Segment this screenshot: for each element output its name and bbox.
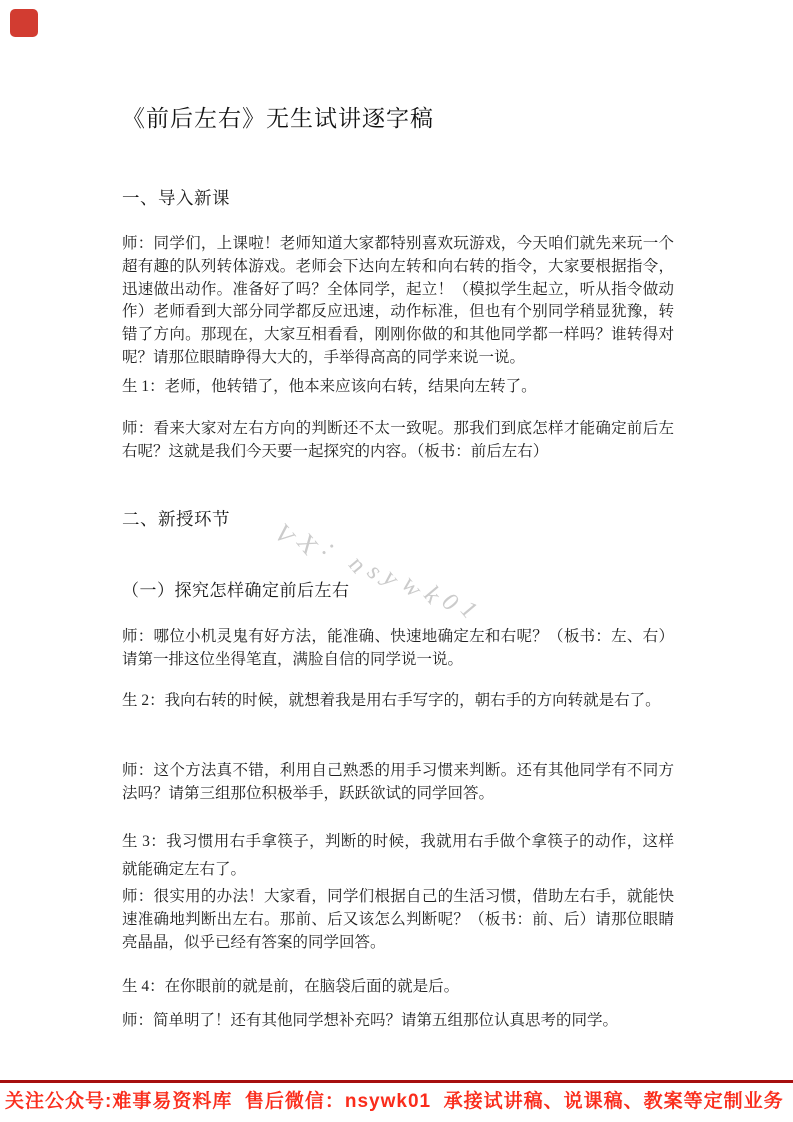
document-page: 《前后左右》无生试讲逐字稿 一、导入新课 师：同学们，上课啦！老师知道大家都特别… [0,0,793,1122]
teacher-line: 师：简单明了！还有其他同学想补充吗？请第五组那位认真思考的同学。 [122,1010,674,1033]
footer-promo-banner: 关注公众号:难事易资料库 售后微信：nsywk01 承接试讲稿、说课稿、教案等定… [5,1088,790,1116]
section-heading-2: 二、新授环节 [122,506,674,531]
footer-divider-bar [0,1080,793,1083]
student-line: 生 4：在你眼前的就是前，在脑袋后面的就是后。 [122,976,674,999]
app-logo-square-icon [10,9,38,37]
document-title: 《前后左右》无生试讲逐字稿 [122,100,674,133]
teacher-line: 师：很实用的办法！大家看，同学们根据自己的生活习惯，借助左右手，就能快速准确地判… [122,886,674,954]
student-line: 生 3：我习惯用右手拿筷子，判断的时候，我就用右手做个拿筷子的动作，这样就能确定… [122,828,674,884]
teacher-line: 师：同学们，上课啦！老师知道大家都特别喜欢玩游戏，今天咱们就先来玩一个超有趣的队… [122,233,674,370]
student-line: 生 2：我向右转的时候，就想着我是用右手写字的，朝右手的方向转就是右了。 [122,690,674,713]
teacher-line: 师：这个方法真不错，利用自己熟悉的用手习惯来判断。还有其他同学有不同方法吗？请第… [122,760,674,806]
watermark: VX：nsywk01 [269,514,488,630]
student-line: 生 1：老师，他转错了，他本来应该向右转，结果向左转了。 [122,376,674,399]
teacher-line: 师：哪位小机灵鬼有好方法，能准确、快速地确定左和右呢？（板书：左、右）请第一排这… [122,626,674,672]
teacher-line: 师：看来大家对左右方向的判断还不太一致呢。那我们到底怎样才能确定前后左右呢？这就… [122,418,674,464]
section-heading-1: 一、导入新课 [122,185,674,210]
subsection-heading: （一）探究怎样确定前后左右 [122,576,674,601]
